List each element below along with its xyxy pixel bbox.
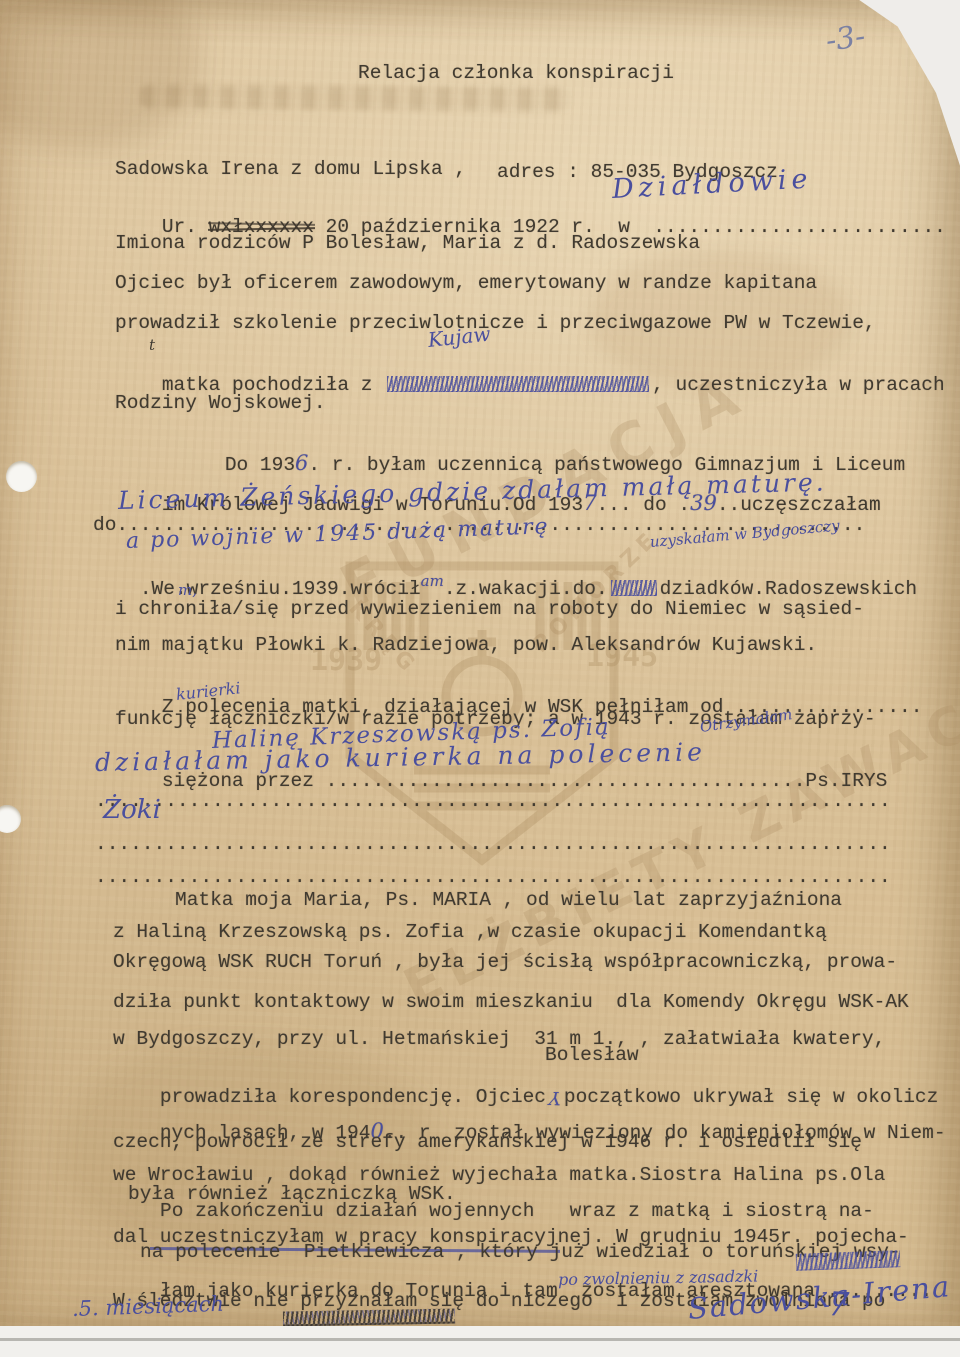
- mother-origin-post: , uczestniczyła w pracach: [652, 374, 945, 396]
- mother-maria-line-4: dziła punkt kontaktowy w swoim mieszkani…: [113, 991, 909, 1013]
- boleslaw-insertion: Bolesław: [545, 1044, 639, 1066]
- scanner-edge-line: [0, 1338, 960, 1341]
- scanned-document-page: FUNDACJA ELŻBIETY ZAWACKIEJ KRĘG POMORZE…: [0, 0, 960, 1357]
- hiding-line-2: nim majątku Płowki k. Radziejowa, pow. A…: [115, 634, 817, 656]
- mother-maria-line-1: Matka moja Maria, Ps. MARIA , od wielu l…: [175, 889, 842, 911]
- dotted-row-2: ........................................…: [95, 833, 891, 855]
- bleed-through-text: [140, 84, 570, 111]
- handwritten-zoki: Żoki: [103, 795, 161, 825]
- handwritten-m-correction: m,: [178, 581, 197, 599]
- document-title: Relacja członka konspiracji: [358, 62, 674, 84]
- dotted-row-1: ........................................…: [95, 790, 891, 812]
- father-line-2: prowadził szkolenie przeciwlotnicze i pr…: [115, 312, 876, 334]
- crossed-out-text: [283, 1309, 455, 1327]
- rodzina-wojskowa-line: Rodziny Wojskowej.: [115, 392, 326, 414]
- mother-maria-line-2: z Haliną Krzeszowską ps. Zofia ,w czasie…: [113, 921, 827, 943]
- sept-post: dziadków.Radoszewskich: [660, 578, 917, 600]
- sept-mid: .z.wakacji.do.: [444, 578, 608, 600]
- dotted-leader: ........................................…: [326, 770, 806, 792]
- mother-maria-line-3: Okręgową WSK RUCH Toruń , była jej ścisł…: [113, 951, 897, 973]
- handwritten-am-correction: am: [421, 572, 444, 590]
- pseudonym-irys: Ps.IRYS: [805, 770, 887, 792]
- dotted-leader: ........................: [665, 216, 946, 238]
- hiding-line-1: i chroniła/się przed wywiezieniem na rob…: [115, 598, 864, 620]
- father-line-1: Ojciec był oficerem zawodowym, emerytowa…: [115, 272, 817, 294]
- postwar-line-1: Po zakończeniu działań wojennych wraz z …: [160, 1200, 874, 1222]
- father-return-line: czech, powrócił ze strefy amerykańskiej …: [113, 1131, 862, 1153]
- parents-line: Imiona rodziców P Bolesław, Maria z d. R…: [115, 232, 700, 254]
- handwritten-t-correction: t: [149, 336, 155, 354]
- bottom-page-number: 7: [827, 1284, 850, 1324]
- scanner-background: [0, 1326, 960, 1357]
- crossed-out-text: [796, 1250, 901, 1271]
- dotted-row-3: ........................................…: [95, 866, 891, 888]
- hole-punch: [6, 461, 37, 492]
- mother-maria-line-5: w Bydgoszczy, przy ul. Hetmańskiej 31 m …: [113, 1028, 885, 1050]
- crossed-out-text: [387, 376, 649, 392]
- subject-name-line: Sadowska Irena z domu Lipska ,: [115, 158, 466, 180]
- page-corner-number: -3-: [824, 19, 868, 59]
- handwritten-zasadzka-note: po zwolnieniu z zasadzki: [558, 1267, 759, 1289]
- crossed-out-text: [611, 580, 657, 596]
